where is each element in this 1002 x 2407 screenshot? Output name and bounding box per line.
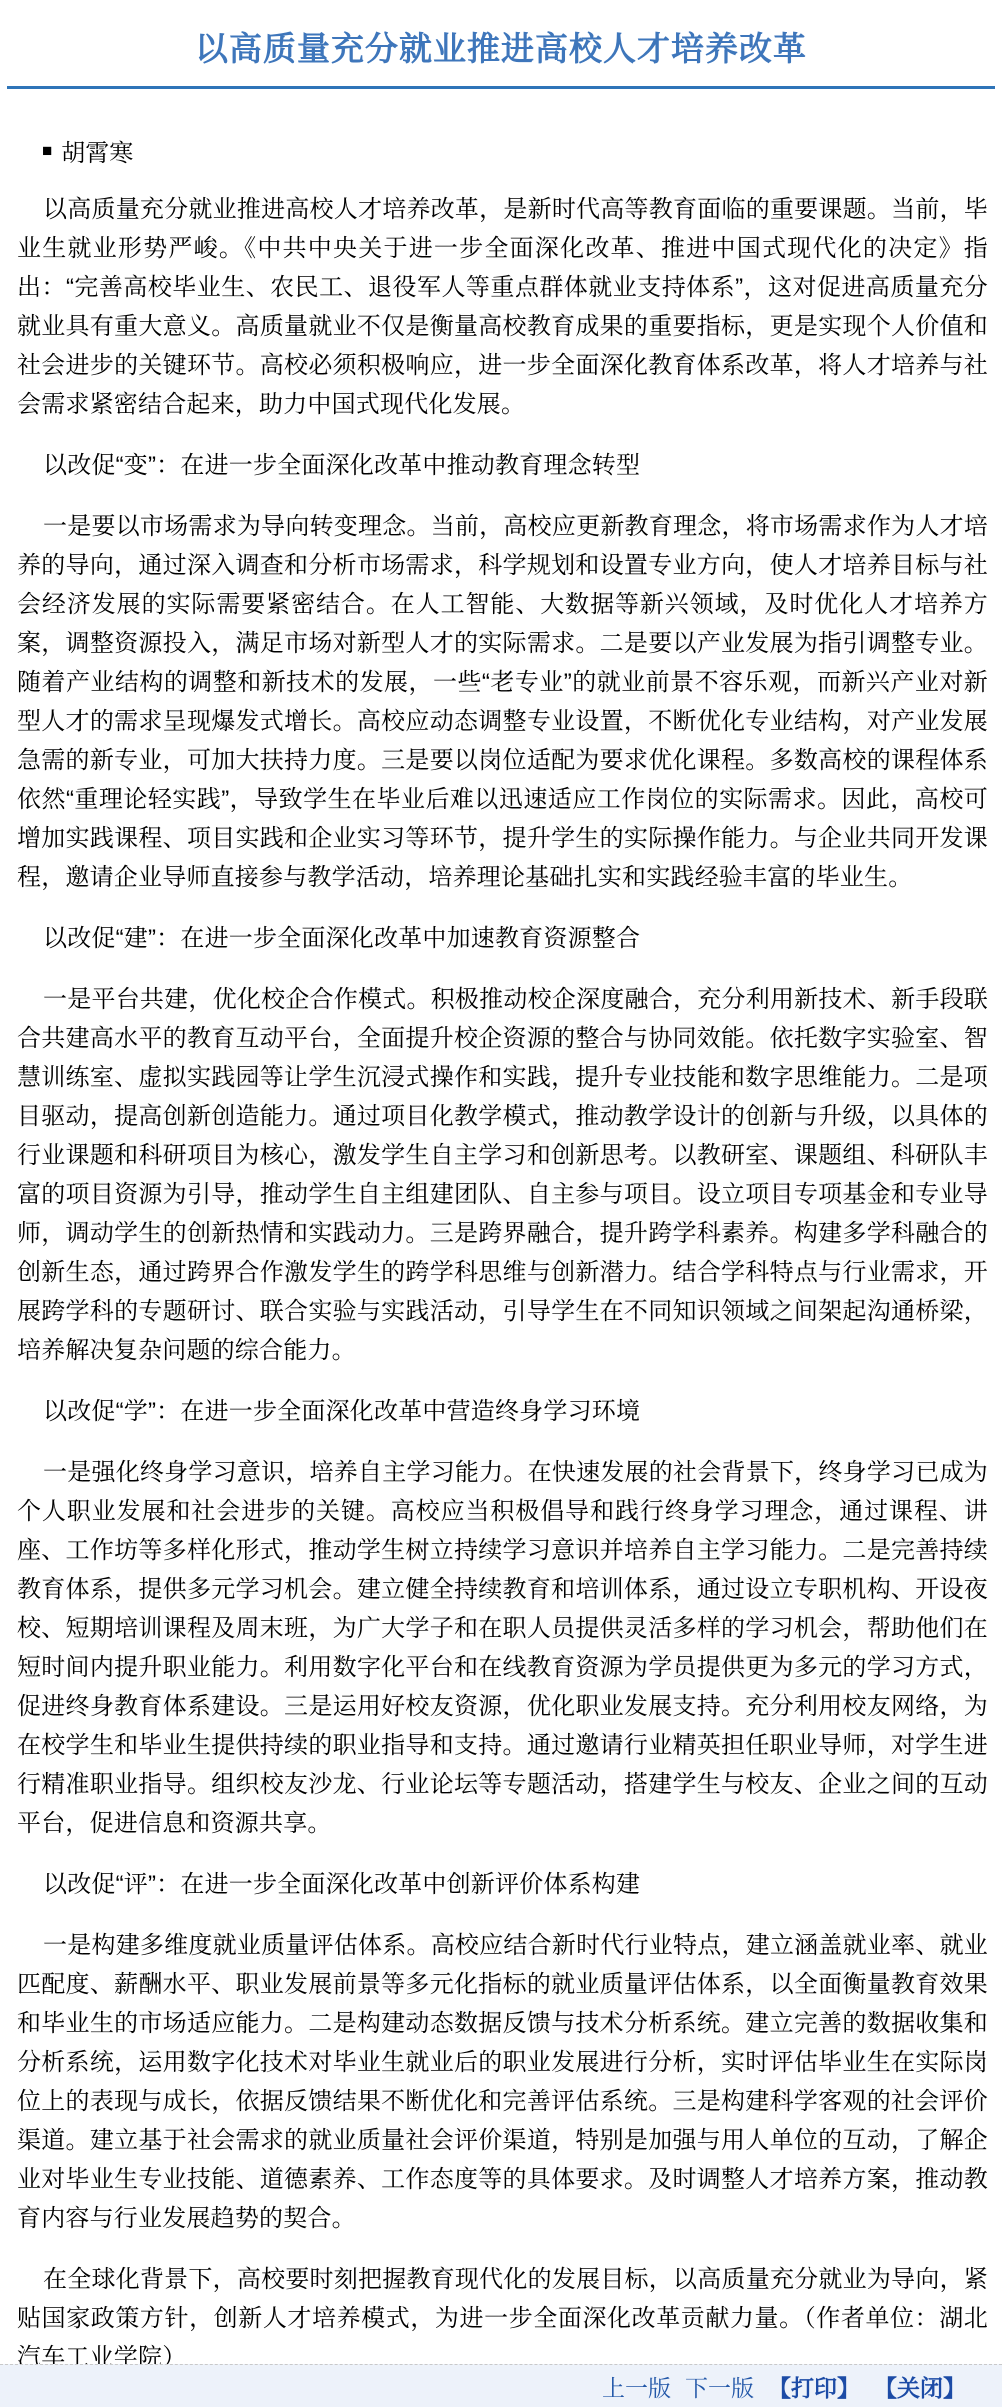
paragraph: 一是要以市场需求为导向转变理念。当前，高校应更新教育理念，将市场需求作为人才培养… [17, 507, 988, 897]
section-heading: 以改促“评”：在进一步全面深化改革中创新评价体系构建 [17, 1865, 988, 1904]
next-page-link[interactable]: 下一版 [685, 2370, 754, 2403]
author-name: 胡霄寒 [61, 133, 133, 168]
section-heading: 以改促“建”：在进一步全面深化改革中加速教育资源整合 [17, 919, 988, 958]
section-heading: 以改促“学”：在进一步全面深化改革中营造终身学习环境 [17, 1392, 988, 1431]
article-body: 以高质量充分就业推进高校人才培养改革，是新时代高等教育面临的重要课题。当前，毕业… [17, 190, 988, 2377]
section-heading: 以改促“变”：在进一步全面深化改革中推动教育理念转型 [17, 446, 988, 485]
title-divider [7, 86, 995, 89]
paragraph: 一是构建多维度就业质量评估体系。高校应结合新时代行业特点，建立涵盖就业率、就业匹… [17, 1926, 988, 2238]
paragraph: 一是强化终身学习意识，培养自主学习能力。在快速发展的社会背景下，终身学习已成为个… [17, 1453, 988, 1843]
page-title: 以高质量充分就业推进高校人才培养改革 [10, 28, 992, 69]
author-line: ■ 胡霄寒 [42, 133, 985, 168]
prev-page-link[interactable]: 上一版 [602, 2370, 671, 2403]
close-link[interactable]: 【关闭】 [874, 2370, 966, 2403]
paragraph: 一是平台共建，优化校企合作模式。积极推动校企深度融合，充分利用新技术、新手段联合… [17, 980, 988, 1370]
print-link[interactable]: 【打印】 [768, 2370, 860, 2403]
paragraph: 在全球化背景下，高校要时刻把握教育现代化的发展目标，以高质量充分就业为导向，紧贴… [17, 2260, 988, 2377]
footer-bar: 上一版 下一版 【打印】 【关闭】 [0, 2364, 1002, 2407]
paragraph: 以高质量充分就业推进高校人才培养改革，是新时代高等教育面临的重要课题。当前，毕业… [17, 190, 988, 424]
square-bullet-icon: ■ [42, 142, 52, 159]
